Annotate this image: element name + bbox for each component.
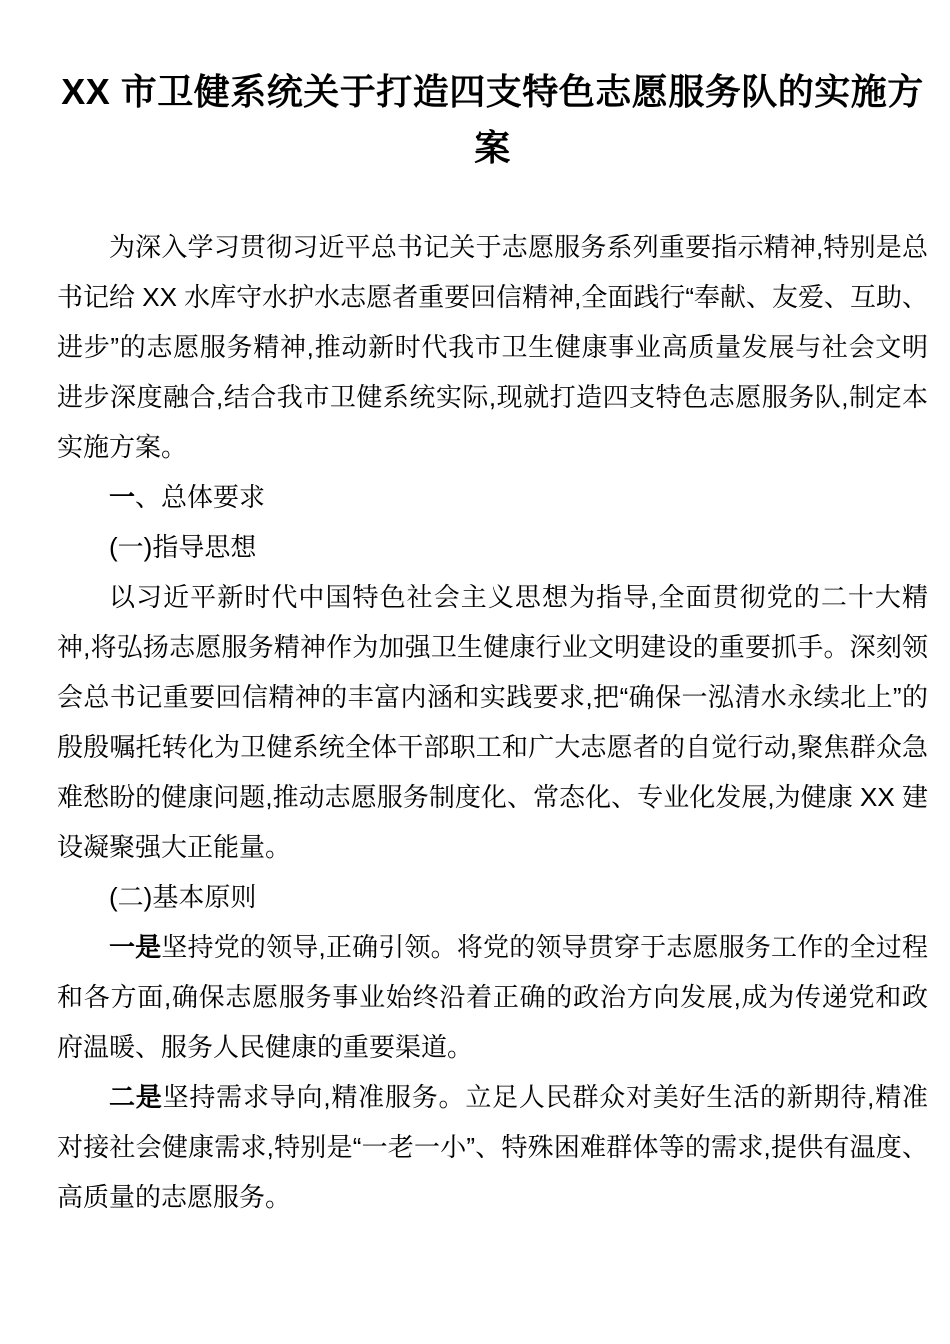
- text-run: (一)指导思想: [109, 532, 256, 562]
- bold-text-run: 一是: [109, 932, 161, 962]
- text-run: 坚持需求导向,精准服务。立足人民群众对美好生活的新期待,精准对接社会健康需求,特…: [57, 1082, 928, 1212]
- text-run: 为深入学习贯彻习近平总书记关于志愿服务系列重要指示精神,特别是总书记给 XX 水…: [57, 232, 928, 462]
- text-run: 以习近平新时代中国特色社会主义思想为指导,全面贯彻党的二十大精神,将弘扬志愿服务…: [57, 582, 928, 862]
- bold-text-run: 一: [109, 482, 135, 512]
- section-heading: (一)指导思想: [57, 522, 928, 572]
- section-heading: 一、总体要求: [57, 472, 928, 522]
- text-run: 坚持党的领导,正确引领。将党的领导贯穿于志愿服务工作的全过程和各方面,确保志愿服…: [57, 932, 928, 1062]
- paragraph: 以习近平新时代中国特色社会主义思想为指导,全面贯彻党的二十大精神,将弘扬志愿服务…: [57, 572, 928, 872]
- paragraph: 为深入学习贯彻习近平总书记关于志愿服务系列重要指示精神,特别是总书记给 XX 水…: [57, 222, 928, 472]
- document-title: XX 市卫健系统关于打造四支特色志愿服务队的实施方案: [57, 64, 928, 176]
- text-run: 、总体要求: [135, 482, 265, 512]
- document-page: XX 市卫健系统关于打造四支特色志愿服务队的实施方案 为深入学习贯彻习近平总书记…: [0, 0, 950, 1344]
- document-body: 为深入学习贯彻习近平总书记关于志愿服务系列重要指示精神,特别是总书记给 XX 水…: [57, 222, 928, 1222]
- section-heading: (二)基本原则: [57, 872, 928, 922]
- bold-text-run: 二是: [109, 1082, 163, 1112]
- text-run: (二)基本原则: [109, 882, 256, 912]
- paragraph: 二是坚持需求导向,精准服务。立足人民群众对美好生活的新期待,精准对接社会健康需求…: [57, 1072, 928, 1222]
- paragraph: 一是坚持党的领导,正确引领。将党的领导贯穿于志愿服务工作的全过程和各方面,确保志…: [57, 922, 928, 1072]
